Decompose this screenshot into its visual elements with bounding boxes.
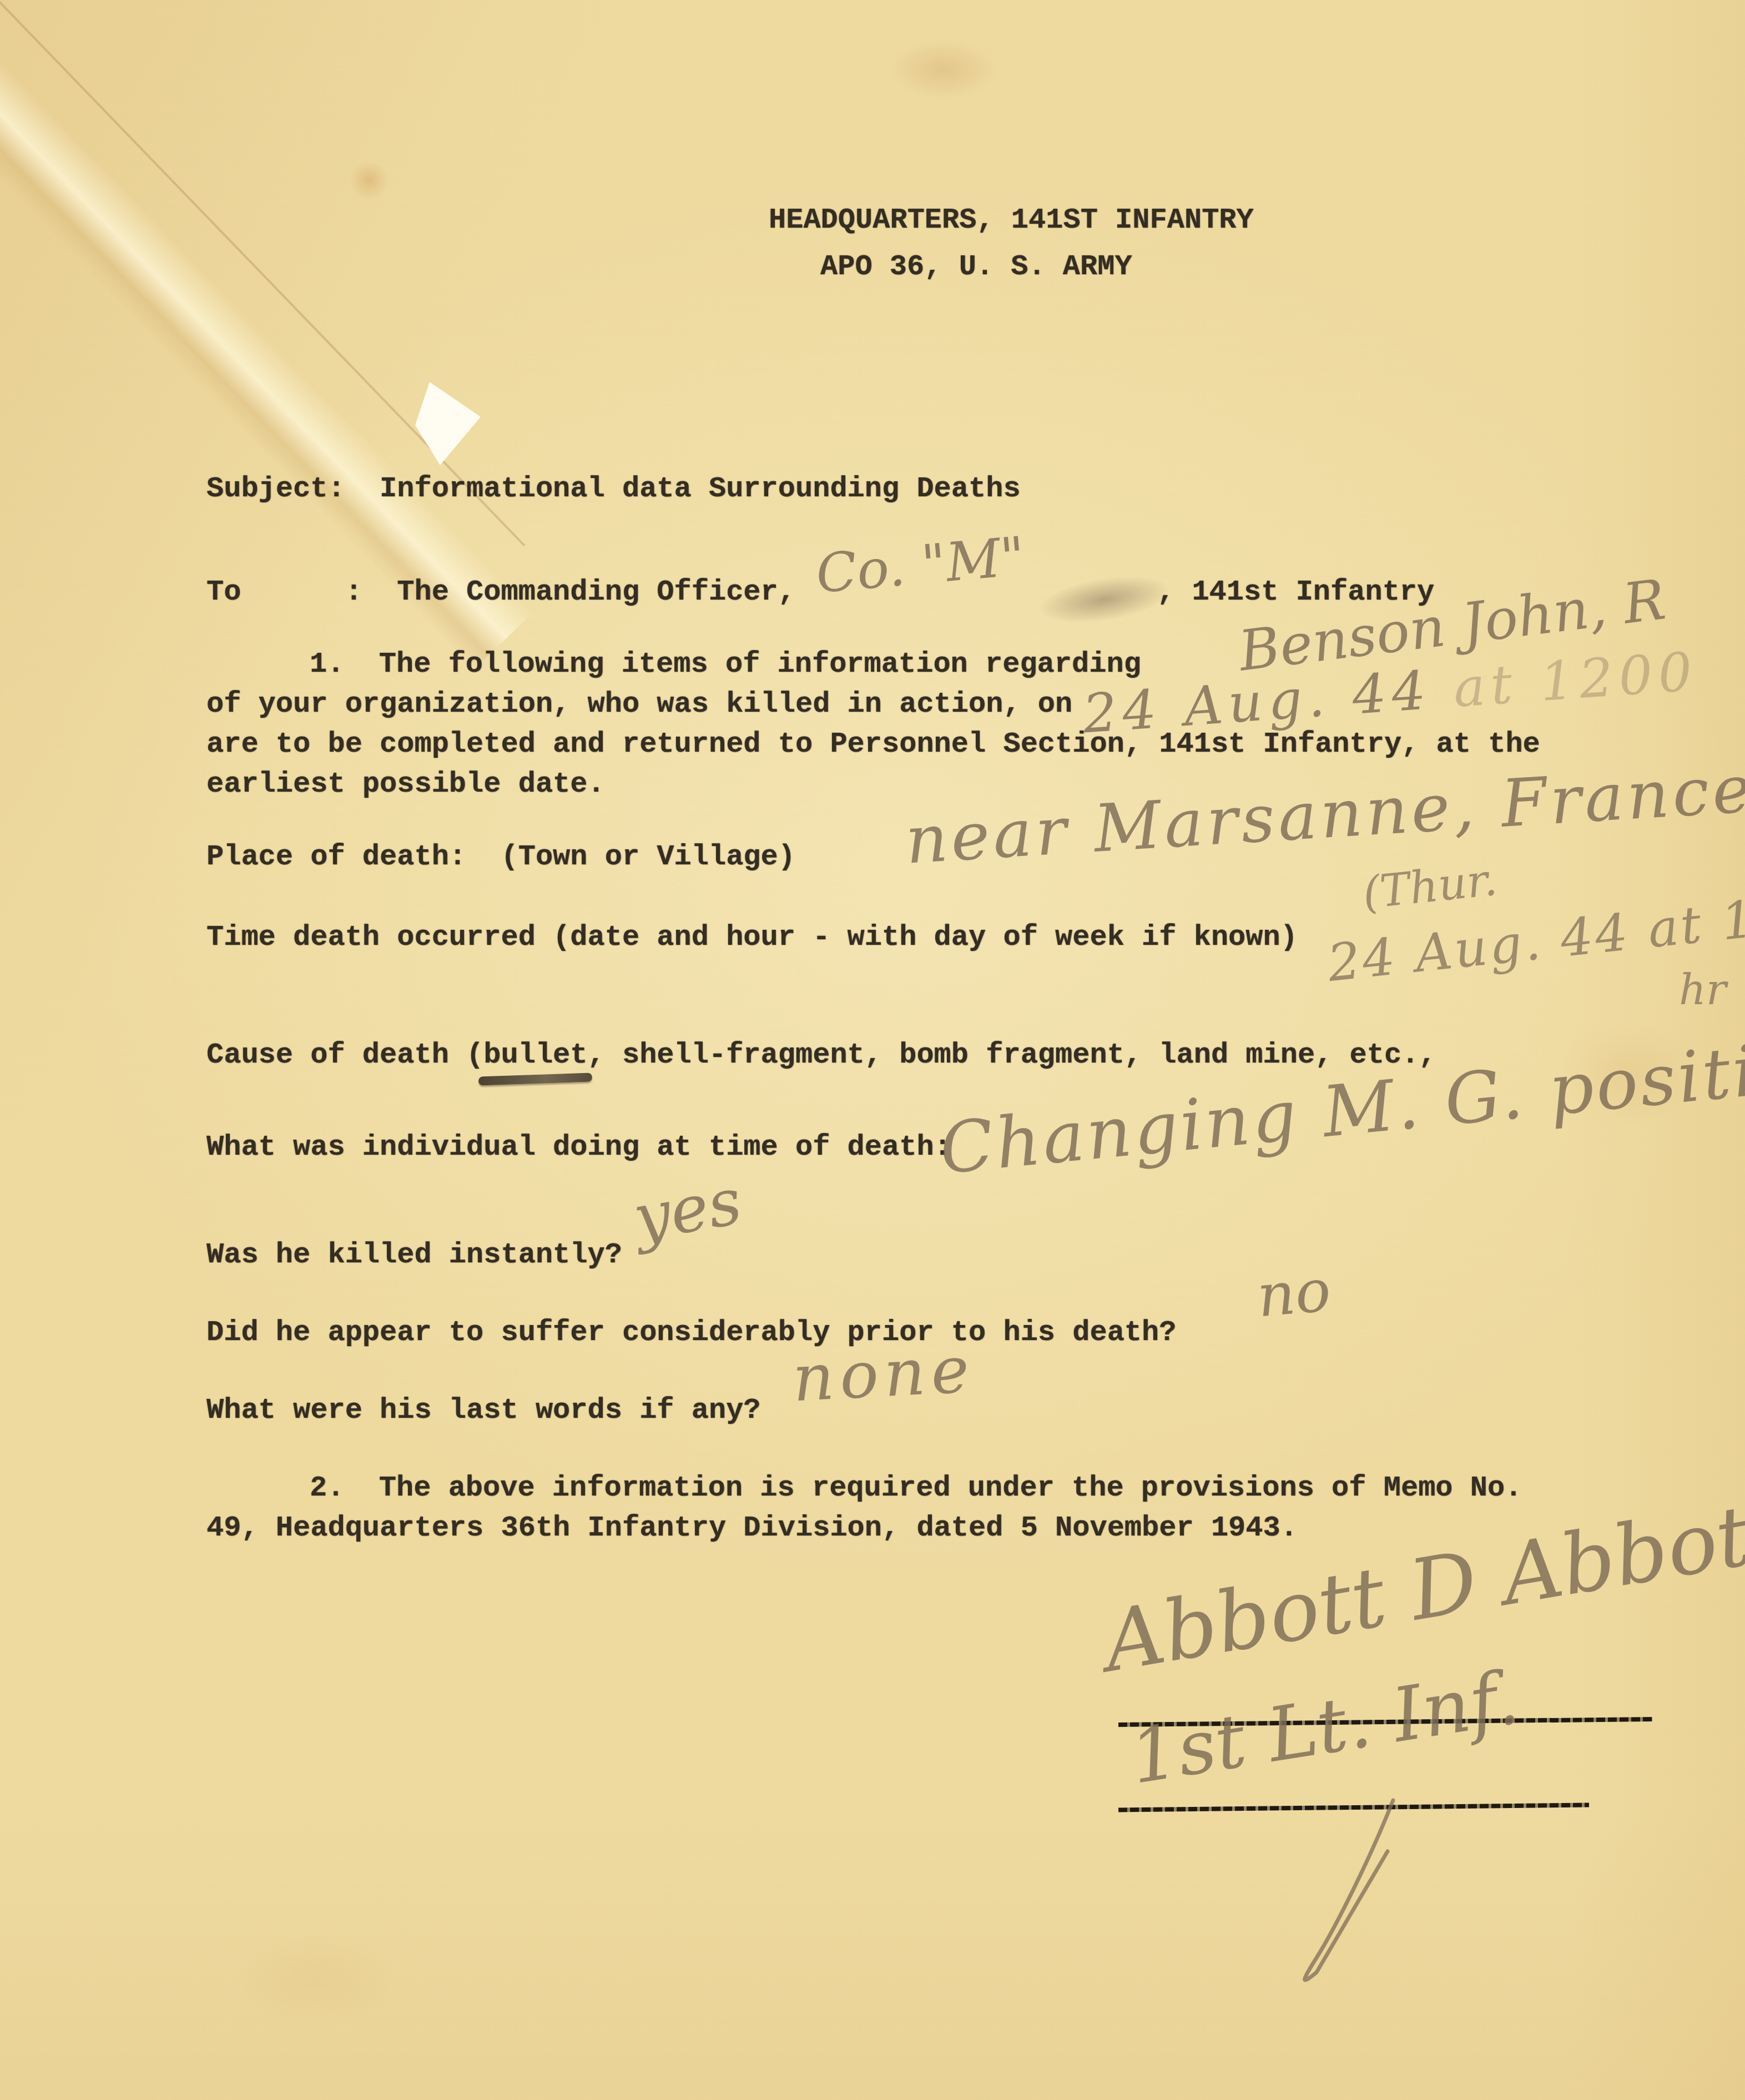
- cause-underlined-word: bullet: [483, 1039, 587, 1071]
- handwritten-place-of-death: near Marsanne, France: [903, 750, 1745, 878]
- killed-instantly-label: Was he killed instantly?: [206, 1239, 622, 1271]
- letterhead-line-1: HEADQUARTERS, 141ST INFANTRY: [769, 204, 1254, 236]
- paper-stain: [888, 39, 999, 100]
- handwritten-time-hr: hr: [1679, 965, 1726, 1014]
- handwritten-last-words-answer: none: [791, 1332, 977, 1417]
- cause-of-death-label: Cause of death (bullet, shell-fragment, …: [206, 1039, 1436, 1071]
- pencil-underline: [478, 1072, 592, 1085]
- para1-line4: earliest possible date.: [206, 768, 605, 800]
- para1-line1: 1. The following items of information re…: [310, 648, 1141, 680]
- para2-line1: 2. The above information is required und…: [310, 1472, 1522, 1504]
- paper-stain: [350, 161, 389, 200]
- paper-fold-crease: [0, 0, 525, 546]
- last-words-label: What were his last words if any?: [206, 1394, 761, 1426]
- cause-label-pre: Cause of death (: [206, 1039, 483, 1071]
- letterhead-line-2: APO 36, U. S. ARMY: [820, 251, 1132, 283]
- doing-at-death-label: What was individual doing at time of dea…: [206, 1131, 951, 1163]
- scanned-document-page: HEADQUARTERS, 141ST INFANTRY APO 36, U. …: [0, 0, 1745, 2100]
- time-of-death-label: Time death occurred (date and hour - wit…: [206, 921, 1298, 953]
- paper-stain: [233, 1932, 400, 2026]
- para2-line2: 49, Headquarters 36th Infantry Division,…: [206, 1512, 1298, 1544]
- para1-line3: are to be completed and returned to Pers…: [206, 728, 1540, 760]
- handwritten-suffer-answer: no: [1254, 1256, 1333, 1330]
- cause-label-post: , shell-fragment, bomb fragment, land mi…: [588, 1039, 1436, 1071]
- para1-line2: of your organization, who was killed in …: [206, 688, 1072, 720]
- handwritten-unit: Co. "M": [814, 525, 1028, 605]
- signature-flourish: [1221, 1796, 1432, 2012]
- suffer-label: Did he appear to suffer considerably pri…: [206, 1317, 1176, 1348]
- handwritten-instant-answer: yes: [628, 1164, 747, 1256]
- paper-fold: [0, 0, 533, 670]
- to-line: To : The Commanding Officer,: [206, 576, 795, 608]
- paper-tear: [415, 382, 481, 465]
- place-of-death-label: Place of death: (Town or Village): [206, 841, 795, 873]
- subject-line: Subject: Informational data Surrounding …: [206, 473, 1021, 505]
- handwritten-time-day: (Thur.: [1360, 854, 1500, 919]
